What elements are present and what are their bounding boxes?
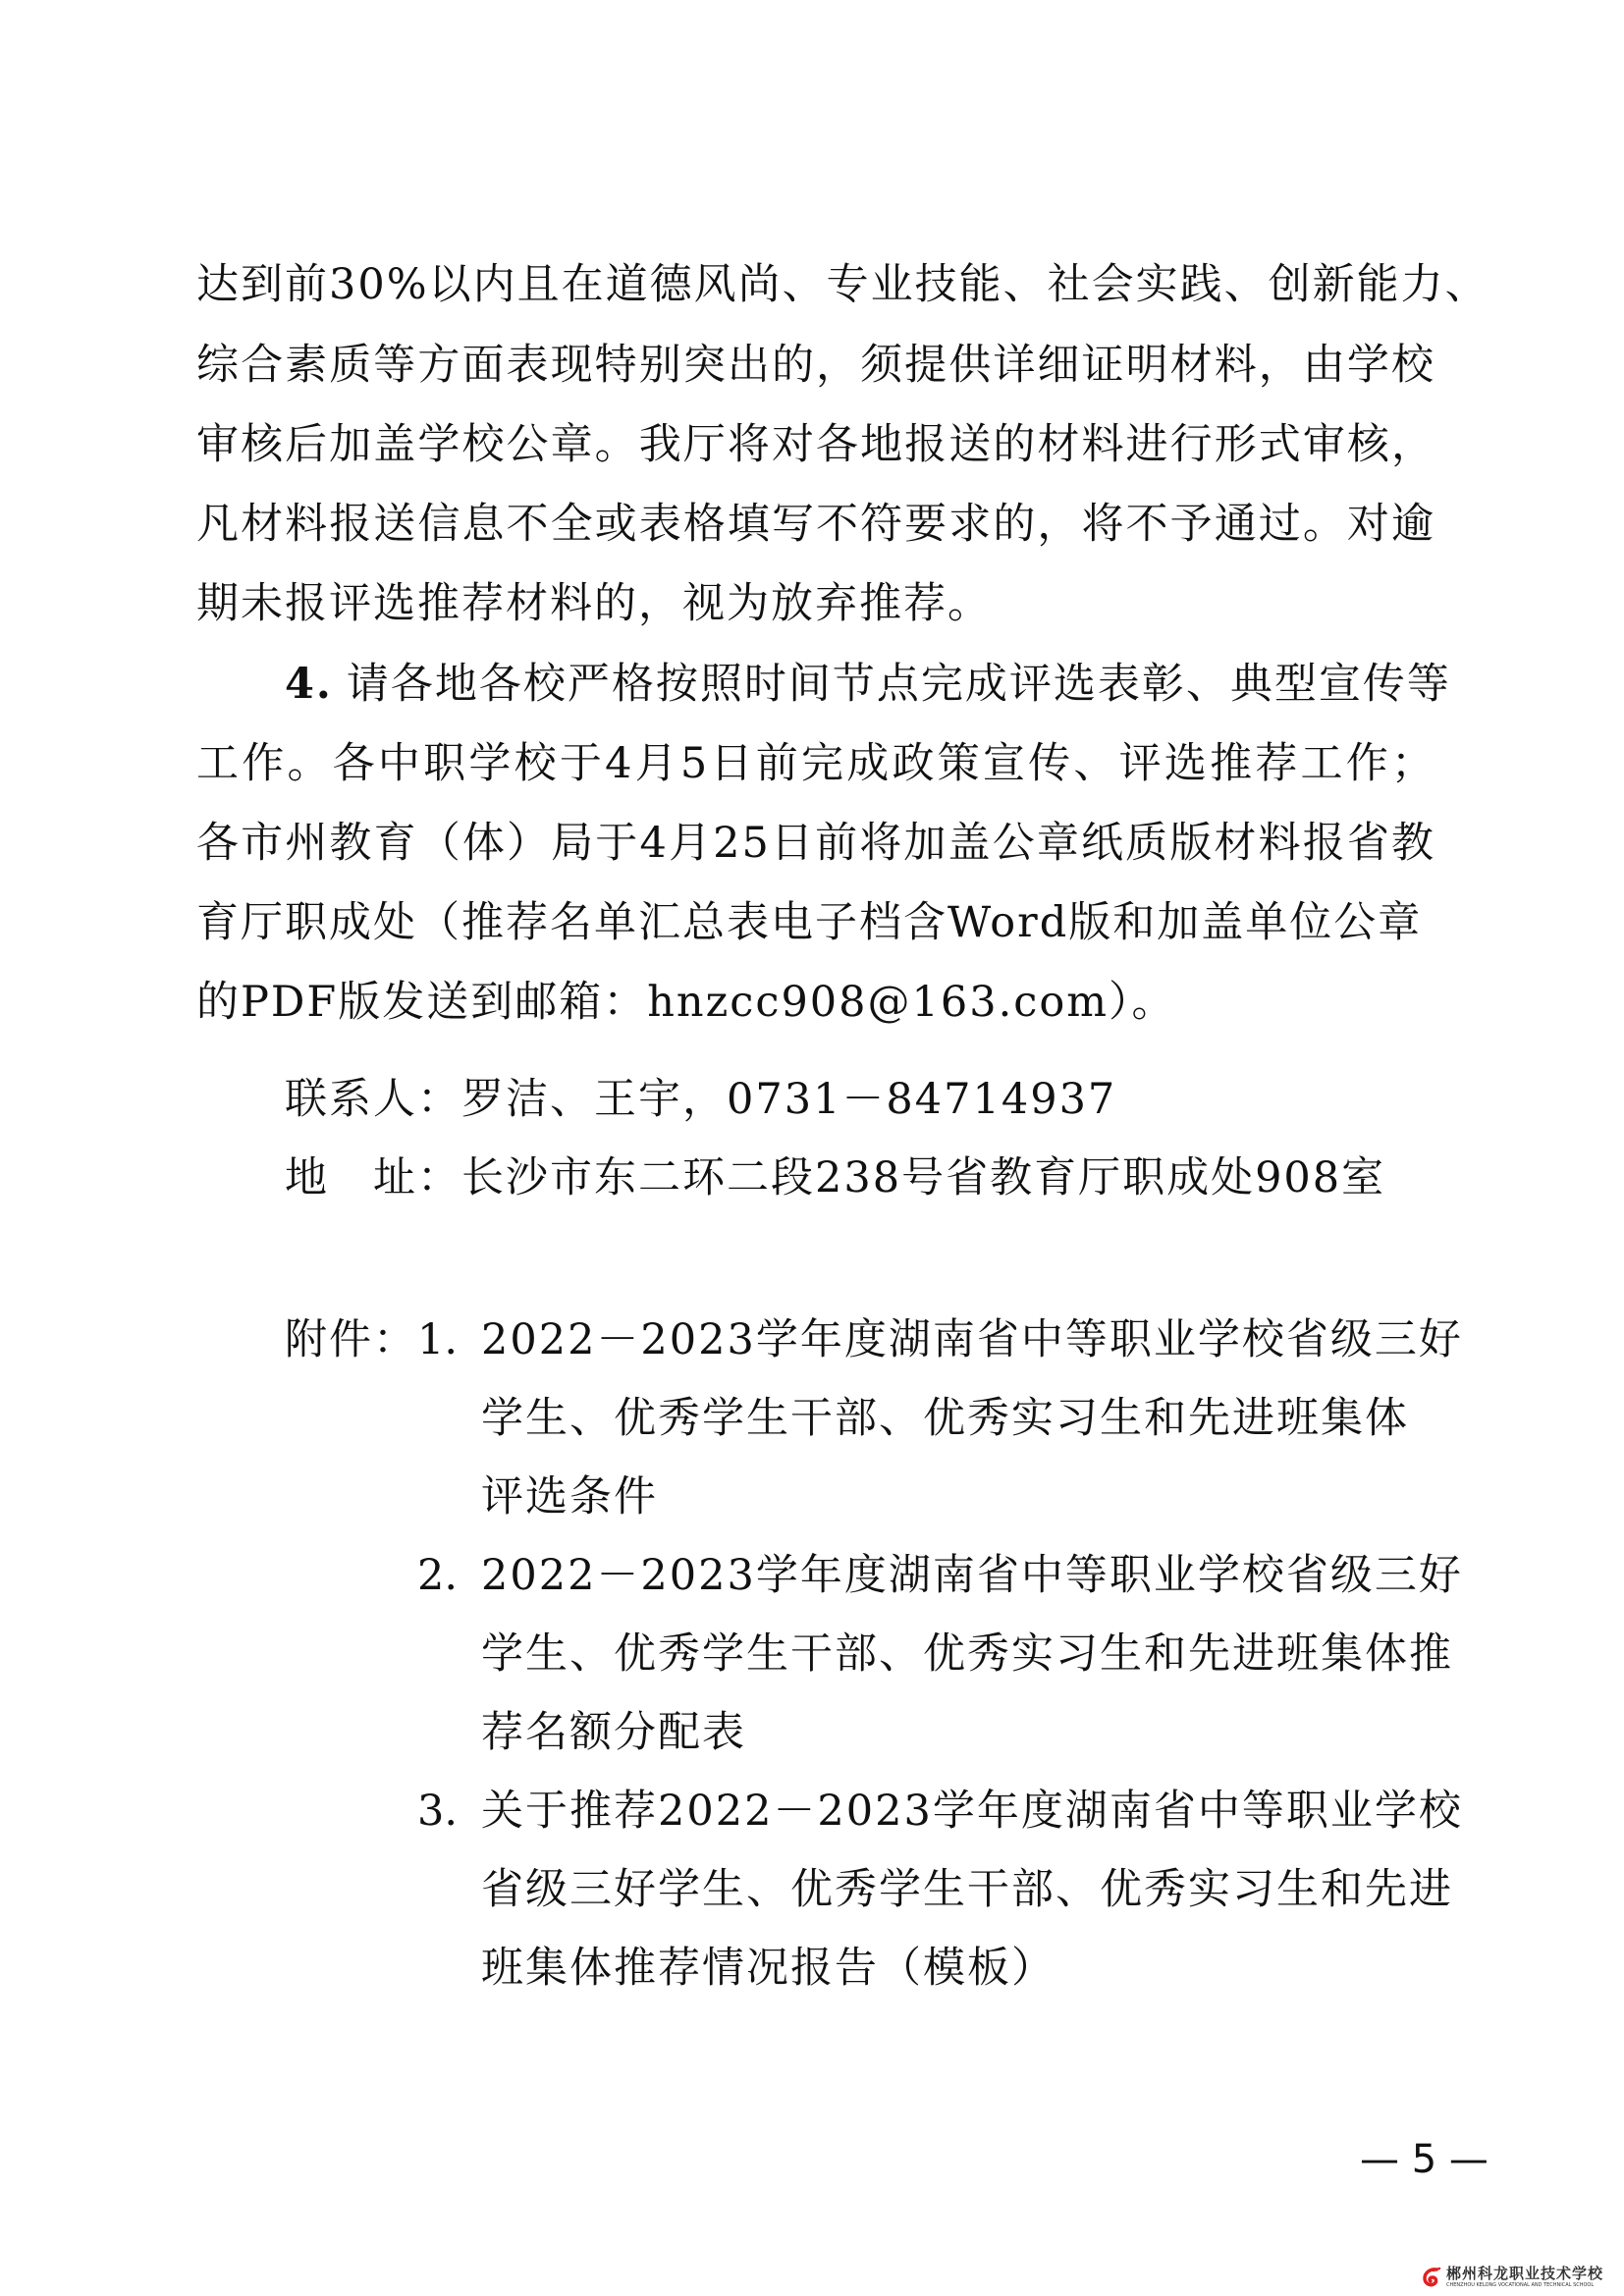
email-line: 的PDF版发送到邮箱：hnzcc908@163.com）。 (196, 963, 1176, 1041)
attachment-line: 评选条件 (481, 1458, 658, 1536)
attachment-line: 2022－2023学年度湖南省中等职业学校省级三好 (481, 1536, 1435, 1615)
address-label: 地 址： (285, 1153, 461, 1202)
attachment-line: 关于推荐2022－2023学年度湖南省中等职业学校 (481, 1772, 1435, 1850)
text-line: 各市州教育（体）局于4月25日前将加盖公章纸质版材料报省教 (196, 804, 1435, 882)
address-line: 地 址：长沙市东二环二段238号省教育厅职成处908室 (285, 1139, 1385, 1217)
school-name-en: CHENZHOU KELONG VOCATIONAL AND TECHNICAL… (1446, 2283, 1603, 2288)
text-line: 育厅职成处（推荐名单汇总表电子档含Word版和加盖单位公章 (196, 883, 1409, 962)
address-value: 长沙市东二环二段238号省教育厅职成处908室 (461, 1153, 1385, 1202)
school-watermark: 郴州科龙职业技术学校 CHENZHOU KELONG VOCATIONAL AN… (1421, 2258, 1624, 2296)
school-logo-swirl-icon (1421, 2267, 1442, 2288)
text-line: 达到前30%以内且在道德风尚、专业技能、社会实践、创新能力、 (196, 245, 1435, 324)
attachment-line: 省级三好学生、优秀学生干部、优秀实习生和先进 (481, 1850, 1435, 1929)
contact-label: 联系人： (285, 1075, 461, 1124)
contact-value: 罗洁、王宇，0731－84714937 (461, 1075, 1116, 1124)
text-line: 凡材料报送信息不全或表格填写不符要求的，将不予通过。对逾 (196, 485, 1435, 563)
item-text: 请各地各校严格按照时间节点完成评选表彰、典型宣传等 (347, 645, 1451, 723)
attachment-line: 2022－2023学年度湖南省中等职业学校省级三好 (481, 1301, 1435, 1379)
attachment-number: 2. (417, 1536, 458, 1615)
attachments-label: 附件： (285, 1301, 417, 1379)
attachment-line: 班集体推荐情况报告（模板） (481, 1929, 1056, 2007)
text-line: 4. 请各地各校严格按照时间节点完成评选表彰、典型宣传等 (285, 645, 1435, 723)
attachment-line: 学生、优秀学生干部、优秀实习生和先进班集体 (481, 1379, 1404, 1458)
page-number: — 5 — (1360, 2130, 1489, 2189)
school-name-cn: 郴州科龙职业技术学校 (1446, 2267, 1603, 2281)
text-line: 审核后加盖学校公章。我厅将对各地报送的材料进行形式审核， (196, 405, 1435, 484)
item-number: 4. (285, 645, 333, 723)
text-line: 工作。各中职学校于4月5日前完成政策宣传、评选推荐工作； (196, 724, 1435, 803)
attachment-line: 学生、优秀学生干部、优秀实习生和先进班集体推 (481, 1615, 1435, 1693)
contact-line: 联系人：罗洁、王宇，0731－84714937 (285, 1060, 1116, 1139)
attachment-number: 1. (417, 1301, 458, 1379)
text-line: 综合素质等方面表现特别突出的，须提供详细证明材料，由学校 (196, 326, 1435, 404)
text-line: 期未报评选推荐材料的，视为放弃推荐。 (196, 564, 992, 643)
attachment-line: 荐名额分配表 (481, 1693, 746, 1772)
attachment-number: 3. (417, 1772, 458, 1850)
